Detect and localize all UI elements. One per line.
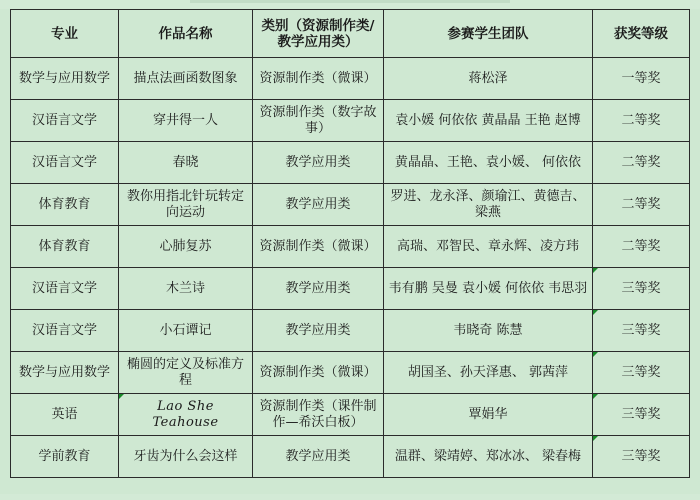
- cell-team[interactable]: 覃娟华: [384, 394, 593, 436]
- table-row: 汉语言文学 穿井得一人 资源制作类（数字故事） 袁小媛 何依依 黄晶晶 王艳 赵…: [11, 100, 690, 142]
- cell-category[interactable]: 教学应用类: [253, 268, 384, 310]
- cell-work-title[interactable]: 心肺复苏: [119, 226, 253, 268]
- cell-team[interactable]: 韦晓奇 陈慧: [384, 310, 593, 352]
- cell-award[interactable]: 三等奖: [593, 268, 690, 310]
- cell-work-title[interactable]: 小石谭记: [119, 310, 253, 352]
- table-row: 汉语言文学 春晓 教学应用类 黄晶晶、王艳、袁小媛、 何依依 二等奖: [11, 142, 690, 184]
- cell-team[interactable]: 蒋松泽: [384, 58, 593, 100]
- cell-work-title[interactable]: Lao She Teahouse: [119, 394, 253, 436]
- cell-work-title[interactable]: 椭圆的定义及标准方程: [119, 352, 253, 394]
- cell-major[interactable]: 学前教育: [11, 436, 119, 478]
- cell-category[interactable]: 资源制作类（课件制作—希沃白板）: [253, 394, 384, 436]
- cell-major[interactable]: 汉语言文学: [11, 310, 119, 352]
- table-row: 汉语言文学 小石谭记 教学应用类 韦晓奇 陈慧 三等奖: [11, 310, 690, 352]
- cell-work-title[interactable]: 春晓: [119, 142, 253, 184]
- table-row: 数学与应用数学 椭圆的定义及标准方程 资源制作类（微课） 胡国圣、孙天泽惠、 郭…: [11, 352, 690, 394]
- cell-major[interactable]: 汉语言文学: [11, 142, 119, 184]
- cell-category[interactable]: 资源制作类（数字故事）: [253, 100, 384, 142]
- header-work-title[interactable]: 作品名称: [119, 10, 253, 58]
- table-row: 汉语言文学 木兰诗 教学应用类 韦有鹏 吴曼 袁小媛 何依依 韦思羽 三等奖: [11, 268, 690, 310]
- cell-team[interactable]: 韦有鹏 吴曼 袁小媛 何依依 韦思羽: [384, 268, 593, 310]
- cell-category[interactable]: 资源制作类（微课）: [253, 226, 384, 268]
- table-row: 数学与应用数学 描点法画函数图象 资源制作类（微课） 蒋松泽 一等奖: [11, 58, 690, 100]
- cell-work-title[interactable]: 描点法画函数图象: [119, 58, 253, 100]
- header-category[interactable]: 类别（资源制作类/教学应用类）: [253, 10, 384, 58]
- cell-major[interactable]: 体育教育: [11, 226, 119, 268]
- cell-category[interactable]: 教学应用类: [253, 436, 384, 478]
- cell-award[interactable]: 二等奖: [593, 142, 690, 184]
- cell-work-title[interactable]: 牙齿为什么会这样: [119, 436, 253, 478]
- scrollbar-remnant: [190, 0, 510, 3]
- row-header-stub: [0, 9, 10, 500]
- top-strip: [0, 0, 700, 9]
- cell-work-title[interactable]: 穿井得一人: [119, 100, 253, 142]
- table-row: 体育教育 教你用指北针玩转定向运动 教学应用类 罗进、龙永泽、颜瑜江、黄德吉、梁…: [11, 184, 690, 226]
- cell-award[interactable]: 二等奖: [593, 226, 690, 268]
- cell-work-title[interactable]: 教你用指北针玩转定向运动: [119, 184, 253, 226]
- cell-major[interactable]: 汉语言文学: [11, 100, 119, 142]
- cell-award[interactable]: 二等奖: [593, 100, 690, 142]
- table-row: 英语 Lao She Teahouse 资源制作类（课件制作—希沃白板） 覃娟华…: [11, 394, 690, 436]
- awards-table: 专业 作品名称 类别（资源制作类/教学应用类） 参赛学生团队 获奖等级 数学与应…: [10, 9, 690, 478]
- header-row: 专业 作品名称 类别（资源制作类/教学应用类） 参赛学生团队 获奖等级: [11, 10, 690, 58]
- cell-team[interactable]: 高瑞、邓智民、章永辉、凌方玮: [384, 226, 593, 268]
- cell-award[interactable]: 三等奖: [593, 310, 690, 352]
- bottom-strip: [0, 494, 700, 500]
- cell-category[interactable]: 教学应用类: [253, 184, 384, 226]
- cell-team[interactable]: 袁小媛 何依依 黄晶晶 王艳 赵博: [384, 100, 593, 142]
- cell-award[interactable]: 一等奖: [593, 58, 690, 100]
- cell-award[interactable]: 三等奖: [593, 352, 690, 394]
- header-team[interactable]: 参赛学生团队: [384, 10, 593, 58]
- cell-category[interactable]: 资源制作类（微课）: [253, 352, 384, 394]
- cell-team[interactable]: 温群、梁靖婷、郑冰冰、 梁春梅: [384, 436, 593, 478]
- cell-category[interactable]: 教学应用类: [253, 142, 384, 184]
- cell-category[interactable]: 资源制作类（微课）: [253, 58, 384, 100]
- cell-team[interactable]: 胡国圣、孙天泽惠、 郭茜萍: [384, 352, 593, 394]
- cell-category[interactable]: 教学应用类: [253, 310, 384, 352]
- cell-work-title[interactable]: 木兰诗: [119, 268, 253, 310]
- cell-award[interactable]: 二等奖: [593, 184, 690, 226]
- header-major[interactable]: 专业: [11, 10, 119, 58]
- cell-team[interactable]: 黄晶晶、王艳、袁小媛、 何依依: [384, 142, 593, 184]
- cell-major[interactable]: 数学与应用数学: [11, 352, 119, 394]
- table-row: 体育教育 心肺复苏 资源制作类（微课） 高瑞、邓智民、章永辉、凌方玮 二等奖: [11, 226, 690, 268]
- cell-major[interactable]: 英语: [11, 394, 119, 436]
- cell-award[interactable]: 三等奖: [593, 436, 690, 478]
- cell-major[interactable]: 数学与应用数学: [11, 58, 119, 100]
- table-row: 学前教育 牙齿为什么会这样 教学应用类 温群、梁靖婷、郑冰冰、 梁春梅 三等奖: [11, 436, 690, 478]
- cell-major[interactable]: 体育教育: [11, 184, 119, 226]
- cell-team[interactable]: 罗进、龙永泽、颜瑜江、黄德吉、梁燕: [384, 184, 593, 226]
- cell-major[interactable]: 汉语言文学: [11, 268, 119, 310]
- header-award[interactable]: 获奖等级: [593, 10, 690, 58]
- cell-award[interactable]: 三等奖: [593, 394, 690, 436]
